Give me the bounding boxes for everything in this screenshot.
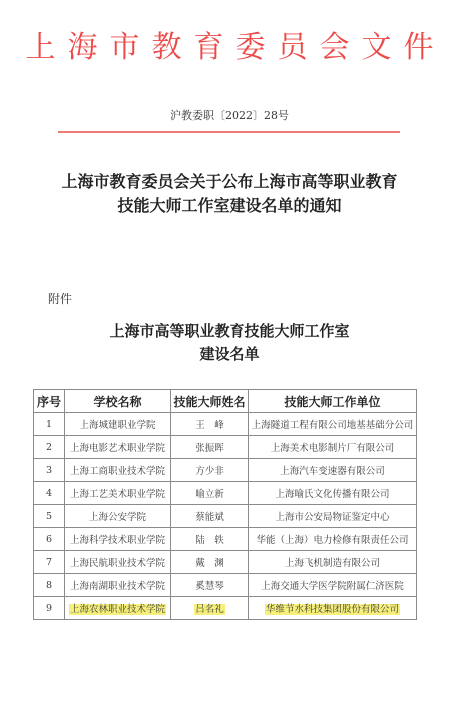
cell-master: 陆 轶	[171, 528, 249, 551]
notice-title-line2: 技能大师工作室建设名单的通知	[0, 194, 459, 218]
column-header-master: 技能大师姓名	[171, 390, 249, 413]
table-row: 1 上海城建职业学院 王 峰 上海隧道工程有限公司地基基础分公司	[34, 413, 417, 436]
cell-school: 上海工艺美术职业学院	[65, 482, 171, 505]
cell-no: 8	[34, 574, 65, 597]
attachment-label: 附件	[48, 290, 72, 307]
attachment-title-line2: 建设名单	[0, 343, 459, 366]
highlight-mark: 吕名礼	[194, 604, 225, 615]
attachment-title-line1: 上海市高等职业教育技能大师工作室	[0, 320, 459, 343]
cell-master: 蔡能斌	[171, 505, 249, 528]
cell-unit: 上海飞机制造有限公司	[249, 551, 417, 574]
cell-master: 戴 渊	[171, 551, 249, 574]
highlight-mark: 华维节水科技集团股份有限公司	[265, 604, 400, 615]
cell-unit: 上海市公安局物证鉴定中心	[249, 505, 417, 528]
cell-master: 喻立新	[171, 482, 249, 505]
cell-school: 上海城建职业学院	[65, 413, 171, 436]
cell-unit: 上海隧道工程有限公司地基基础分公司	[249, 413, 417, 436]
cell-master: 吕名礼	[171, 597, 249, 620]
cell-unit: 华维节水科技集团股份有限公司	[249, 597, 417, 620]
column-header-school: 学校名称	[65, 390, 171, 413]
cell-school: 上海民航职业技术学院	[65, 551, 171, 574]
attachment-title: 上海市高等职业教育技能大师工作室 建设名单	[0, 320, 459, 366]
cell-unit: 上海喻氏文化传播有限公司	[249, 482, 417, 505]
table-header-row: 序号 学校名称 技能大师姓名 技能大师工作单位	[34, 390, 417, 413]
cell-master: 张振晖	[171, 436, 249, 459]
cell-unit: 上海美术电影制片厂有限公司	[249, 436, 417, 459]
issuer-title: 上海市教育委员会文件	[0, 30, 459, 66]
table-row: 4 上海工艺美术职业学院 喻立新 上海喻氏文化传播有限公司	[34, 482, 417, 505]
table-row: 7 上海民航职业技术学院 戴 渊 上海飞机制造有限公司	[34, 551, 417, 574]
table-row: 6 上海科学技术职业学院 陆 轶 华能（上海）电力检修有限责任公司	[34, 528, 417, 551]
cell-school: 上海工商职业技术学院	[65, 459, 171, 482]
cell-master: 奚慧琴	[171, 574, 249, 597]
notice-title-line1: 上海市教育委员会关于公布上海市高等职业教育	[0, 170, 459, 194]
cell-no: 1	[34, 413, 65, 436]
cell-master: 王 峰	[171, 413, 249, 436]
column-header-no: 序号	[34, 390, 65, 413]
cell-no: 7	[34, 551, 65, 574]
cell-school: 上海农林职业技术学院	[65, 597, 171, 620]
cell-no: 6	[34, 528, 65, 551]
table-row: 2 上海电影艺术职业学院 张振晖 上海美术电影制片厂有限公司	[34, 436, 417, 459]
cell-no: 4	[34, 482, 65, 505]
table-row: 5 上海公安学院 蔡能斌 上海市公安局物证鉴定中心	[34, 505, 417, 528]
cell-no: 5	[34, 505, 65, 528]
notice-title: 上海市教育委员会关于公布上海市高等职业教育 技能大师工作室建设名单的通知	[0, 170, 459, 218]
cell-school: 上海电影艺术职业学院	[65, 436, 171, 459]
table-row: 3 上海工商职业技术学院 方少非 上海汽车变速器有限公司	[34, 459, 417, 482]
studio-list-table: 序号 学校名称 技能大师姓名 技能大师工作单位 1 上海城建职业学院 王 峰 上…	[33, 389, 417, 620]
cell-no: 9	[34, 597, 65, 620]
cell-school: 上海公安学院	[65, 505, 171, 528]
column-header-unit: 技能大师工作单位	[249, 390, 417, 413]
table-row: 8 上海南湖职业技术学院 奚慧琴 上海交通大学医学院附属仁济医院	[34, 574, 417, 597]
cell-no: 2	[34, 436, 65, 459]
cell-unit: 上海汽车变速器有限公司	[249, 459, 417, 482]
cell-unit: 华能（上海）电力检修有限责任公司	[249, 528, 417, 551]
cell-master: 方少非	[171, 459, 249, 482]
cell-unit: 上海交通大学医学院附属仁济医院	[249, 574, 417, 597]
red-divider	[58, 131, 400, 133]
highlight-mark: 上海农林职业技术学院	[69, 604, 166, 615]
document-number: 沪教委职〔2022〕28号	[0, 107, 459, 123]
table-row-highlighted: 9 上海农林职业技术学院 吕名礼 华维节水科技集团股份有限公司	[34, 597, 417, 620]
cell-school: 上海科学技术职业学院	[65, 528, 171, 551]
cell-no: 3	[34, 459, 65, 482]
cell-school: 上海南湖职业技术学院	[65, 574, 171, 597]
